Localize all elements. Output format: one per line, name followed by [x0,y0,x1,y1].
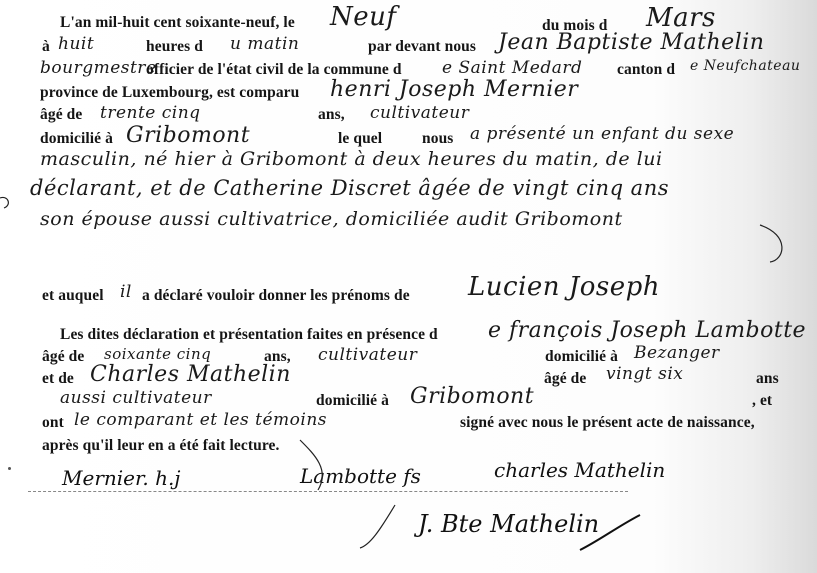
ink-spot [8,467,11,470]
birth-record-page: L'an mil-huit cent soixante-neuf, le Neu… [0,0,817,573]
pen-flourish-icon [0,0,817,573]
